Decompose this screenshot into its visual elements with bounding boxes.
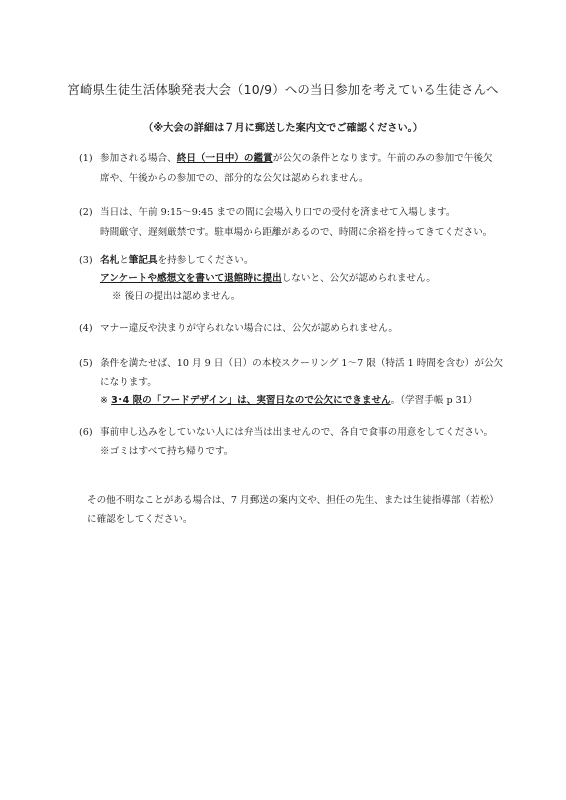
item-line: アンケートや感想文を書いて退館時に提出しないと、公欠が認められません。 bbox=[79, 271, 519, 287]
text: と bbox=[119, 255, 129, 266]
item-line: 参加される場合、終日（一日中）の鑑賞が公欠の条件となります。午前のみの参加で午後… bbox=[79, 151, 519, 167]
item-number: (6) bbox=[79, 425, 93, 441]
text: を持参してください。 bbox=[158, 255, 254, 266]
list-item-4: (4) マナー違反や決まりが守られない場合には、公欠が認められません。 bbox=[79, 321, 519, 337]
text: 名札 bbox=[100, 255, 119, 266]
emphasis-text: アンケートや感想文を書いて退館時に提出 bbox=[100, 273, 282, 284]
item-number: (1) bbox=[79, 151, 93, 167]
emphasis-text: 3･4 限の「フードデザイン」は、実習日なので公欠にできません bbox=[111, 395, 391, 406]
item-line: ※ 3･4 限の「フードデザイン」は、実習日なので公欠にできません。（学習手帳 … bbox=[79, 393, 519, 409]
text: 。（学習手帳 p 31） bbox=[391, 395, 478, 406]
footer-line: に確認をしてください。 bbox=[87, 510, 527, 529]
item-note: ※ 後日の提出は認めません。 bbox=[79, 289, 519, 305]
emphasis-text: 終日（一日中）の鑑賞 bbox=[177, 153, 273, 164]
item-line: 席や、午後からの参加での、部分的な公欠は認められません。 bbox=[79, 171, 519, 187]
text: が公欠の条件となります。午前のみの参加で午後欠 bbox=[273, 153, 493, 164]
item-number: (5) bbox=[79, 356, 93, 372]
item-line: 当日は、午前 9:15〜9:45 までの間に会場入り口での受付を済ませて入場しま… bbox=[79, 205, 519, 221]
item-line: になります。 bbox=[79, 375, 519, 391]
item-number: (2) bbox=[79, 205, 93, 221]
text: しないと、公欠が認められません。 bbox=[282, 273, 436, 284]
item-line: 時間厳守、遅刻厳禁です。駐車場から距離があるので、時間に余裕を持ってきてください… bbox=[79, 225, 519, 241]
list-item-1: (1) 参加される場合、終日（一日中）の鑑賞が公欠の条件となります。午前のみの参… bbox=[79, 151, 519, 187]
item-number: (4) bbox=[79, 321, 93, 337]
text: ※ bbox=[100, 395, 111, 406]
item-line: ※ゴミはすべて持ち帰りです。 bbox=[79, 444, 519, 460]
text: 参加される場合、 bbox=[100, 153, 177, 164]
document-title: 宮崎県生徒生活体験発表大会（10/9）への当日参加を考えている生徒さんへ bbox=[0, 80, 566, 98]
list-item-3: (3) 名札と筆記具を持参してください。 アンケートや感想文を書いて退館時に提出… bbox=[79, 253, 519, 305]
footer-note: その他不明なことがある場合は、7 月郵送の案内文や、担任の先生、または生徒指導部… bbox=[87, 491, 527, 529]
footer-line: その他不明なことがある場合は、7 月郵送の案内文や、担任の先生、または生徒指導部… bbox=[87, 491, 527, 510]
item-line: マナー違反や決まりが守られない場合には、公欠が認められません。 bbox=[79, 321, 519, 337]
item-line: 条件を満たせば、10 月 9 日（日）の本校スクーリング 1〜7 限（特活 1 … bbox=[79, 356, 519, 372]
document-subtitle: （※大会の詳細は７月に郵送した案内文でご確認ください。） bbox=[0, 119, 566, 134]
list-item-5: (5) 条件を満たせば、10 月 9 日（日）の本校スクーリング 1〜7 限（特… bbox=[79, 356, 519, 409]
list-item-2: (2) 当日は、午前 9:15〜9:45 までの間に会場入り口での受付を済ませて… bbox=[79, 205, 519, 241]
list-item-6: (6) 事前申し込みをしていない人には弁当は出ませんので、各自で食事の用意をして… bbox=[79, 425, 519, 460]
item-line: 名札と筆記具を持参してください。 bbox=[79, 253, 519, 269]
text: 筆記具 bbox=[129, 255, 158, 266]
item-line: 事前申し込みをしていない人には弁当は出ませんので、各自で食事の用意をしてください… bbox=[79, 425, 519, 441]
item-number: (3) bbox=[79, 253, 93, 269]
